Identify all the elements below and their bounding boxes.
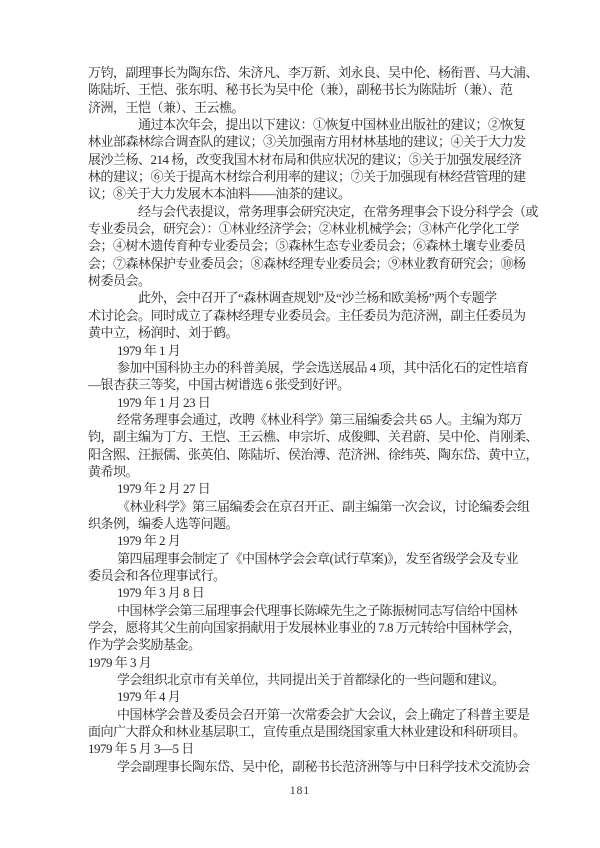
text-line: 黄中立，杨润时、刘于鹤。 [88,324,518,341]
text-line: 1979 年 2 月 27 日 [88,480,518,497]
text-line: 1979 年 4 月 [88,688,518,705]
text-line: 学会组织北京市有关单位，共同提出关于首都绿化的一些问题和建议。 [88,671,518,688]
text-line: 中国林学会第三届理事会代理事长陈嵘先生之子陈振树同志写信给中国林 [88,602,518,619]
text-line: 陈陆圻、王恺、张东明、秘书长为吴中伦（兼），副秘书长为陈陆圻（兼）、范 [88,81,518,98]
text-line: 1979 年 2 月 [88,532,518,549]
text-line: 树委员会。 [88,272,518,289]
text-line: 黄希坝。 [88,463,518,480]
text-line: 展沙兰杨、214 杨，改变我国木材布局和供应状况的建议；⑤关于加强发展经济 [88,151,518,168]
text-line: 专业委员会，研究会）：①林业经济学会；②林业机械学会；③林产化学化工学 [88,220,518,237]
text-line: 林业部森林综合调查队的建议；③关加强南方用材林基地的建议；④关于大力发 [88,133,518,150]
text-line: —银杏获三等奖，中国古树谱选 6 张受到好评。 [88,376,518,393]
text-line: 术讨论会。同时成立了森林经理专业委员会。主任委员为范济洲，副主任委员为 [88,307,518,324]
text-line: 1979 年 5 月 3—5 日 [88,740,518,757]
page-number: 181 [0,785,600,797]
text-line: 学会，愿将其父生前向国家捐献用于发展林业事业的 7.8 万元转给中国林学会， [88,619,518,636]
text-line: 会；⑦森林保护专业委员会；⑧森林经理专业委员会；⑨林业教育研究会；⑩杨 [88,255,518,272]
text-line: 钧，副主编为丁方、王恺、王云樵、申宗圻、成俊卿、关君蔚、吴中伦、肖刚柔、 [88,428,518,445]
text-line: 1979 年 3 月 8 日 [88,584,518,601]
text-line: 阳含熙、汪振儒、张英伯、陈陆圻、侯治溥、范济洲、徐纬英、陶东岱、黄中立， [88,446,518,463]
text-line: 《林业科学》第三届编委会在京召开正、副主编第一次会议，讨论编委会组 [88,498,518,515]
text-line: 会；④树木遗传育种专业委员会；⑤森林生态专业委员会；⑥森林土壤专业委员 [88,237,518,254]
page-text: 万钧，副理事长为陶东岱、朱济凡、李万新、刘永良、吴中伦、杨衔晋、马大浦、陈陆圻、… [88,64,518,775]
text-line: 委员会和各位理事试行。 [88,567,518,584]
text-line: 面向广大群众和林业基层职工，宣传重点是围绕国家重大林业建设和科研项目。 [88,723,518,740]
text-line: 经与会代表提议，常务理事会研究决定，在常务理事会下设分科学会（或 [88,203,518,220]
text-line: 济洲，王恺（兼）、王云樵。 [88,99,518,116]
text-line: 学会副理事长陶东岱、吴中伦，副秘书长范济洲等与中日科学技术交流协会 [88,758,518,775]
text-line: 1979 年 1 月 23 日 [88,394,518,411]
text-line: 参加中国科协主办的科普美展，学会选送展品 4 项，其中活化石的定性培育 [88,359,518,376]
text-line: 第四届理事会制定了《中国林学会会章(试行草案)》，发至省级学会及专业 [88,550,518,567]
text-line: 中国林学会普及委员会召开第一次常委会扩大会议，会上确定了科普主要是 [88,706,518,723]
text-line: 1979 年 1 月 [88,342,518,359]
text-line: 织条例，编委人选等问题。 [88,515,518,532]
text-line: 万钧，副理事长为陶东岱、朱济凡、李万新、刘永良、吴中伦、杨衔晋、马大浦、 [88,64,518,81]
text-line: 通过本次年会，提出以下建议：①恢复中国林业出版社的建议；②恢复 [88,116,518,133]
document-page: 万钧，副理事长为陶东岱、朱济凡、李万新、刘永良、吴中伦、杨衔晋、马大浦、陈陆圻、… [0,0,600,848]
text-line: 经常务理事会通过，改聘《林业科学》第三届编委会共 65 人。主编为郑万 [88,411,518,428]
text-line: 此外，会中召开了“森林调查规划”及“沙兰杨和欧美杨”两个专题学 [88,289,518,306]
text-line: 1979 年 3 月 [88,654,518,671]
text-line: 林的建议；⑥关于提高木材综合利用率的建议；⑦关于加强现有林经营管理的建 [88,168,518,185]
text-line: 议；⑧关于大力发展木本油料——油茶的建议。 [88,185,518,202]
text-line: 作为学会奖励基金。 [88,636,518,653]
